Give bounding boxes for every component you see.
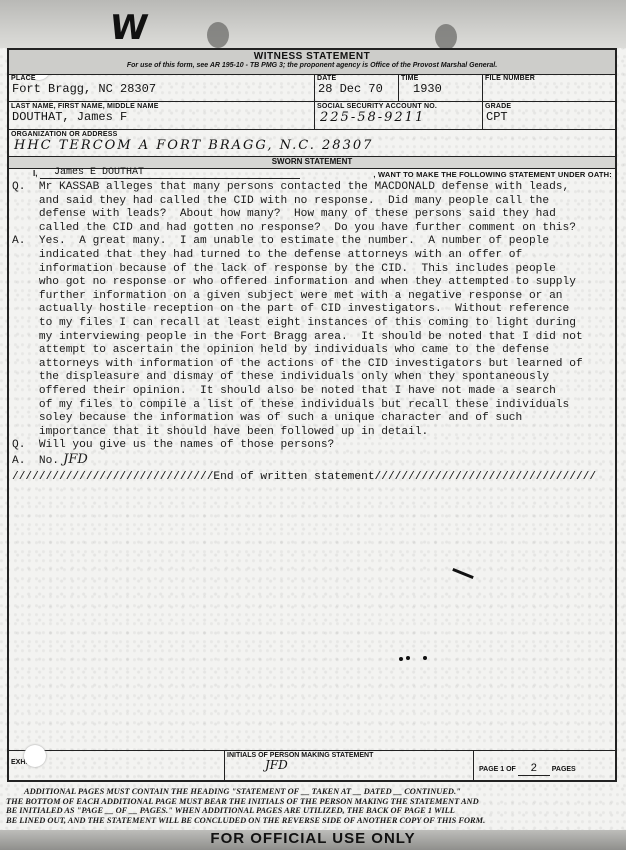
punch-hole-icon xyxy=(24,745,46,767)
initials-value: JFD xyxy=(225,758,473,772)
statement-line: A. No. JFD xyxy=(12,453,612,469)
staple-mark-icon xyxy=(435,24,457,50)
place-value: Fort Bragg, NC 28307 xyxy=(9,82,314,96)
time-field: TIME 1930 xyxy=(399,74,483,102)
stray-pen-mark xyxy=(452,568,474,579)
initials-field: INITIALS OF PERSON MAKING STATEMENT JFD xyxy=(224,751,474,781)
file-number-field: FILE NUMBER xyxy=(483,74,615,102)
grade-value: CPT xyxy=(483,110,615,124)
statement-line: my interviewing people in the Fort Bragg… xyxy=(12,331,612,345)
statement-line: of my files to compile a list of these i… xyxy=(12,399,612,413)
statement-line: defense with leads? About how many? How … xyxy=(12,208,612,222)
statement-line: importance that it should have been foll… xyxy=(12,426,612,440)
staple-mark-icon xyxy=(207,22,229,48)
statement-line: attempt to ascertain the opinion held by… xyxy=(12,344,612,358)
grade-field: GRADE CPT xyxy=(483,102,615,130)
statement-line: and said they had called the CID with no… xyxy=(12,195,612,209)
witness-statement-form: WITNESS STATEMENT For use of this form, … xyxy=(7,48,617,782)
form-title: WITNESS STATEMENT xyxy=(9,51,615,62)
statement-line: to my files I can recall at least eight … xyxy=(12,317,612,331)
statement-line: offered their opinion. It should also be… xyxy=(12,385,612,399)
classification-banner: FOR OFFICIAL USE ONLY xyxy=(0,830,626,850)
answer-initials: JFD xyxy=(59,452,88,467)
statement-line: information because of the lack of respo… xyxy=(12,263,612,277)
statement-line: Q. Mr KASSAB alleges that many persons c… xyxy=(12,181,612,195)
name-value: DOUTHAT, James F xyxy=(9,110,314,124)
statement-body: Q. Mr KASSAB alleges that many persons c… xyxy=(12,181,612,468)
statement-line: called the CID and had gotten no respons… xyxy=(12,222,612,236)
form-subtitle: For use of this form, see AR 195-10 - TB… xyxy=(9,62,615,69)
statement-line: soley because the information was of suc… xyxy=(12,412,612,426)
statement-line: the displeasure and dismay of these indi… xyxy=(12,371,612,385)
time-value: 1930 xyxy=(399,82,482,96)
organization-field: ORGANIZATION OR ADDRESS HHC TERCOM A FOR… xyxy=(9,130,615,157)
stray-ink-dots xyxy=(399,656,439,662)
place-field: PLACE Fort Bragg, NC 28307 xyxy=(9,74,315,102)
form-header: WITNESS STATEMENT For use of this form, … xyxy=(9,50,615,75)
oath-text: , WANT TO MAKE THE FOLLOWING STATEMENT U… xyxy=(373,170,612,179)
page-total: 2 xyxy=(518,763,550,776)
page-count: PAGE 1 OF 2 PAGES xyxy=(479,763,576,776)
form-footer: EXH. INITIALS OF PERSON MAKING STATEMENT… xyxy=(9,750,615,781)
statement-line: indicated that they had turned to the de… xyxy=(12,249,612,263)
oath-line: I, James E DOUTHAT , WANT TO MAKE THE FO… xyxy=(9,169,615,181)
handwritten-w-mark: W xyxy=(107,8,150,48)
declarant-name: James E DOUTHAT xyxy=(40,167,300,179)
statement-line: Q. Will you give us the names of those p… xyxy=(12,439,612,453)
ssn-field: SOCIAL SECURITY ACCOUNT NO. 225-58-9211 xyxy=(315,102,483,130)
statement-line: actually hostile reception on the part o… xyxy=(12,303,612,317)
statement-line: attorneys with information of the action… xyxy=(12,358,612,372)
end-of-statement-marker: //////////////////////////////End of wri… xyxy=(12,471,612,483)
statement-line: who got no response or who offered infor… xyxy=(12,276,612,290)
date-field: DATE 28 Dec 70 xyxy=(315,74,399,102)
statement-line: further information on a given subject w… xyxy=(12,290,612,304)
statement-line: A. Yes. A great many. I am unable to est… xyxy=(12,235,612,249)
date-value: 28 Dec 70 xyxy=(315,82,398,96)
organization-value: HHC TERCOM A FORT BRAGG, N.C. 28307 xyxy=(9,138,615,153)
instructions-notice: ADDITIONAL PAGES MUST CONTAIN THE HEADIN… xyxy=(6,787,620,825)
name-field: LAST NAME, FIRST NAME, MIDDLE NAME DOUTH… xyxy=(9,102,315,130)
scan-top-band xyxy=(0,0,626,48)
ssn-value: 225-58-9211 xyxy=(315,110,482,125)
